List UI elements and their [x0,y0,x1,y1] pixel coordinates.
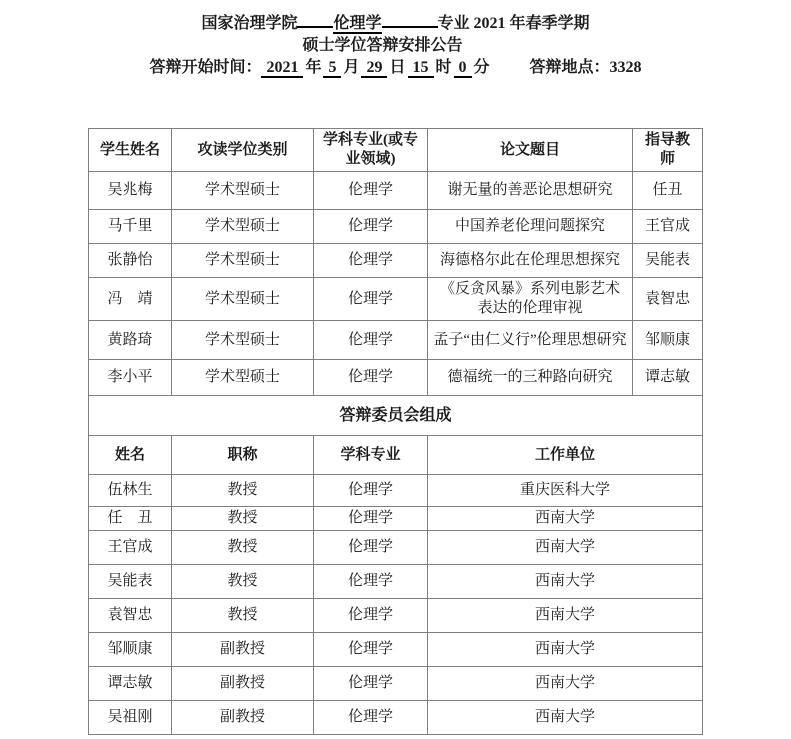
committee-name-cell: 任 丑 [89,507,172,531]
major-cell: 伦理学 [314,321,428,360]
defense-time-label: 答辩开始时间： [149,59,261,76]
title-line-1: 国家治理学院伦理学专业 2021 年春季学期 [0,13,791,35]
committee-major-cell: 伦理学 [314,507,428,531]
degree-type-cell: 学术型硕士 [172,244,314,278]
defense-schedule-table: 学生姓名 攻读学位类别 学科专业(或专业领域) 论文题目 指导教师 吴兆梅 学术… [88,128,703,735]
defense-row: 李小平 学术型硕士 伦理学 德福统一的三种路向研究 谭志敏 [89,360,703,396]
year-unit: 年 [305,59,321,76]
committee-workplace-cell: 西南大学 [428,667,703,701]
committee-workplace-cell: 西南大学 [428,633,703,667]
committee-major-cell: 伦理学 [314,599,428,633]
header-degree-type: 攻读学位类别 [172,129,314,172]
committee-major-cell: 伦理学 [314,667,428,701]
student-name-cell: 马千里 [89,210,172,244]
defense-table-header-row: 学生姓名 攻读学位类别 学科专业(或专业领域) 论文题目 指导教师 [89,129,703,172]
degree-type-cell: 学术型硕士 [172,210,314,244]
defense-day: 29 [361,59,387,78]
committee-title-cell: 副教授 [172,633,314,667]
thesis-title-cell: 孟子“由仁义行”伦理思想研究 [428,321,633,360]
committee-workplace-cell: 西南大学 [428,565,703,599]
degree-type-cell: 学术型硕士 [172,278,314,321]
header-committee-major: 学科专业 [314,436,428,475]
committee-name-cell: 伍林生 [89,475,172,507]
defense-location: 3328 [610,59,642,76]
month-unit: 月 [343,59,359,76]
defense-location-label: 答辩地点： [530,59,610,76]
defense-minute: 0 [454,59,472,78]
committee-workplace-cell: 西南大学 [428,599,703,633]
title-line-3: 答辩开始时间：2021年5月29日15时0分答辩地点：3328 [0,57,791,79]
student-name-cell: 张静怡 [89,244,172,278]
committee-workplace-cell: 西南大学 [428,507,703,531]
committee-section-row: 答辩委员会组成 [89,396,703,436]
defense-row: 吴兆梅 学术型硕士 伦理学 谢无量的善恶论思想研究 任丑 [89,172,703,210]
committee-major-cell: 伦理学 [314,701,428,735]
major-cell: 伦理学 [314,360,428,396]
major-cell: 伦理学 [314,244,428,278]
defense-row: 黄路琦 学术型硕士 伦理学 孟子“由仁义行”伦理思想研究 邹顺康 [89,321,703,360]
student-name-cell: 冯 靖 [89,278,172,321]
committee-title-cell: 副教授 [172,667,314,701]
committee-workplace-cell: 西南大学 [428,701,703,735]
header-advisor: 指导教师 [633,129,703,172]
committee-title-cell: 教授 [172,475,314,507]
committee-section-title: 答辩委员会组成 [89,396,703,436]
committee-major-cell: 伦理学 [314,531,428,565]
defense-row: 马千里 学术型硕士 伦理学 中国养老伦理问题探究 王官成 [89,210,703,244]
committee-row: 谭志敏 副教授 伦理学 西南大学 [89,667,703,701]
semester-text: 专业 2021 年春季学期 [438,15,590,32]
header-committee-workplace: 工作单位 [428,436,703,475]
committee-row: 王官成 教授 伦理学 西南大学 [89,531,703,565]
committee-title-cell: 教授 [172,565,314,599]
committee-name-cell: 谭志敏 [89,667,172,701]
advisor-cell: 任丑 [633,172,703,210]
major-name-underlined: 伦理学 [333,15,381,34]
defense-hour: 15 [408,59,434,78]
announcement-title: 硕士学位答辩安排公告 [302,37,462,54]
committee-workplace-cell: 西南大学 [428,531,703,565]
thesis-title-cell: 海德格尔此在伦理思想探究 [428,244,633,278]
degree-type-cell: 学术型硕士 [172,321,314,360]
degree-type-cell: 学术型硕士 [172,172,314,210]
major-cell: 伦理学 [314,172,428,210]
header-committee-name: 姓名 [89,436,172,475]
defense-year: 2021 [261,59,303,78]
thesis-title-cell: 《反贪风暴》系列电影艺术表达的伦理审视 [428,278,633,321]
announcement-header: 国家治理学院伦理学专业 2021 年春季学期 硕士学位答辩安排公告 答辩开始时间… [0,0,791,79]
advisor-cell: 袁智忠 [633,278,703,321]
thesis-title-cell: 中国养老伦理问题探究 [428,210,633,244]
committee-row: 吴能表 教授 伦理学 西南大学 [89,565,703,599]
thesis-title-cell: 德福统一的三种路向研究 [428,360,633,396]
committee-title-cell: 副教授 [172,701,314,735]
committee-name-cell: 吴能表 [89,565,172,599]
day-unit: 日 [389,59,405,76]
major-cell: 伦理学 [314,278,428,321]
advisor-cell: 谭志敏 [633,360,703,396]
committee-title-cell: 教授 [172,531,314,565]
committee-major-cell: 伦理学 [314,565,428,599]
advisor-cell: 王官成 [633,210,703,244]
committee-name-cell: 袁智忠 [89,599,172,633]
student-name-cell: 吴兆梅 [89,172,172,210]
student-name-cell: 黄路琦 [89,321,172,360]
committee-row: 吴祖刚 副教授 伦理学 西南大学 [89,701,703,735]
committee-name-cell: 邹顺康 [89,633,172,667]
college-name: 国家治理学院 [201,15,297,32]
committee-row: 邹顺康 副教授 伦理学 西南大学 [89,633,703,667]
header-major: 学科专业(或专业领域) [314,129,428,172]
committee-major-cell: 伦理学 [314,475,428,507]
hour-unit: 时 [436,59,452,76]
committee-name-cell: 吴祖刚 [89,701,172,735]
committee-row: 伍林生 教授 伦理学 重庆医科大学 [89,475,703,507]
degree-type-cell: 学术型硕士 [172,360,314,396]
defense-row: 冯 靖 学术型硕士 伦理学 《反贪风暴》系列电影艺术表达的伦理审视 袁智忠 [89,278,703,321]
advisor-cell: 邹顺康 [633,321,703,360]
thesis-title-cell: 谢无量的善恶论思想研究 [428,172,633,210]
committee-title-cell: 教授 [172,599,314,633]
major-cell: 伦理学 [314,210,428,244]
header-student-name: 学生姓名 [89,129,172,172]
committee-major-cell: 伦理学 [314,633,428,667]
defense-month: 5 [323,59,341,78]
header-thesis-title: 论文题目 [428,129,633,172]
minute-unit: 分 [474,59,490,76]
committee-title-cell: 教授 [172,507,314,531]
student-name-cell: 李小平 [89,360,172,396]
title-line-2: 硕士学位答辩安排公告 [0,35,791,57]
advisor-cell: 吴能表 [633,244,703,278]
defense-row: 张静怡 学术型硕士 伦理学 海德格尔此在伦理思想探究 吴能表 [89,244,703,278]
committee-name-cell: 王官成 [89,531,172,565]
underline-blank-left [297,26,333,28]
header-committee-title: 职称 [172,436,314,475]
committee-workplace-cell: 重庆医科大学 [428,475,703,507]
committee-row: 袁智忠 教授 伦理学 西南大学 [89,599,703,633]
committee-header-row: 姓名 职称 学科专业 工作单位 [89,436,703,475]
document-page: 国家治理学院伦理学专业 2021 年春季学期 硕士学位答辩安排公告 答辩开始时间… [0,0,791,739]
underline-blank-right [382,26,438,28]
committee-row: 任 丑 教授 伦理学 西南大学 [89,507,703,531]
